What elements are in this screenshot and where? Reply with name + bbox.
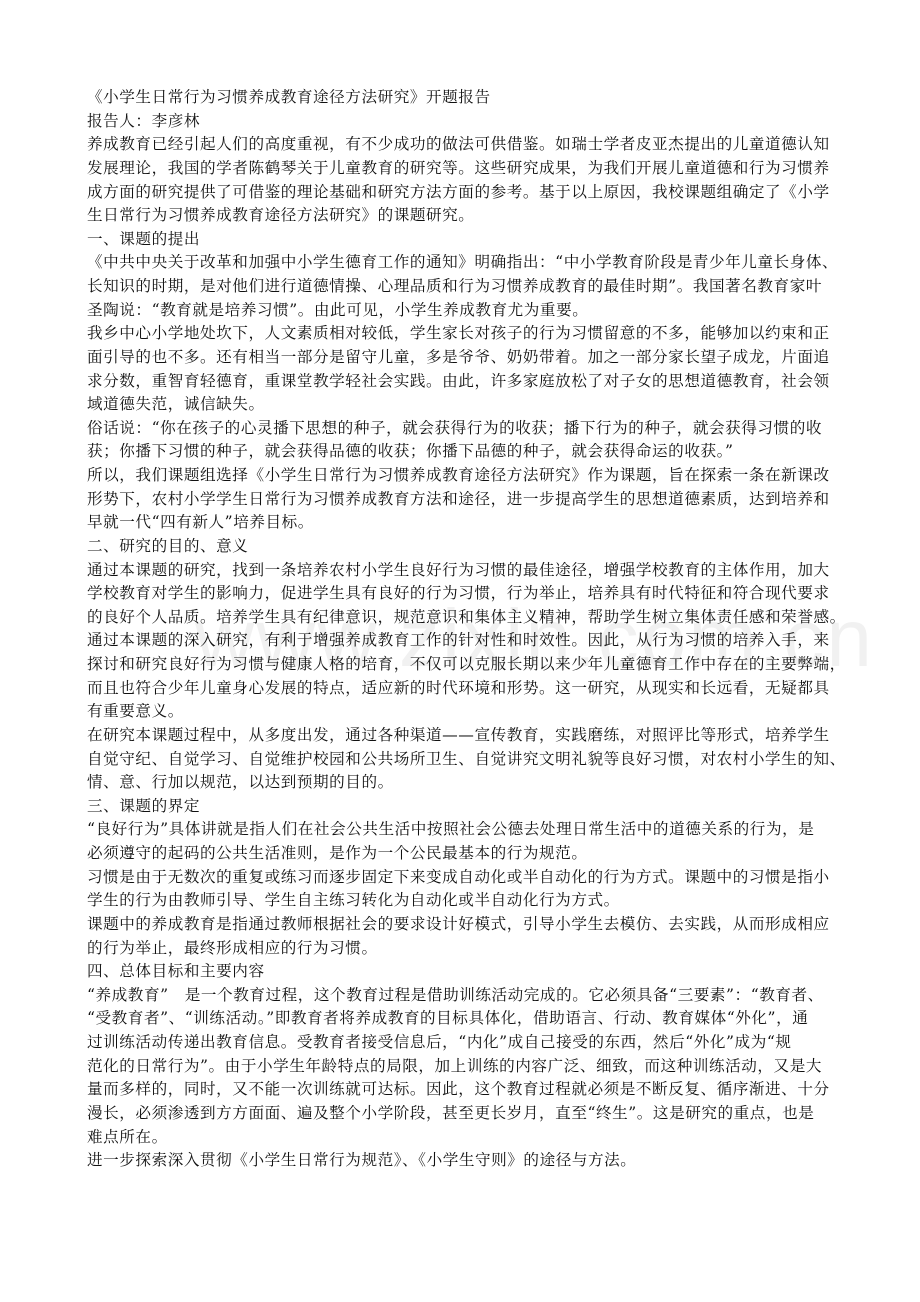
paragraph-line: “养成教育” 是一个教育过程，这个教育过程是借助训练活动完成的。它必须具备“三要… (87, 984, 835, 1008)
paragraph-line: 通过本课题的深入研究，有利于增强养成教育工作的针对性和时效性。因此，从行为习惯的… (87, 629, 835, 653)
document-title: 《小学生日常行为习惯养成教育途径方法研究》开题报告 (87, 86, 835, 110)
paragraph-line: 习惯是由于无数次的重复或练习而逐步固定下来变成自动化或半自动化的行为方式。课题中… (87, 866, 835, 890)
paragraph-line: 养成教育已经引起人们的高度重视，有不少成功的做法可供借鉴。如瑞士学者皮亚杰提出的… (87, 133, 835, 157)
paragraph-line: 《中共中央关于改革和加强中小学生德育工作的通知》明确指出：“中小学教育阶段是青少… (87, 251, 835, 275)
paragraph-line: 域道德失范，诚信缺失。 (87, 393, 835, 417)
paragraph-line: 学校教育对学生的影响力，促进学生具有良好的行为习惯，行为举止，培养具有时代特征和… (87, 582, 835, 606)
paragraph-line: 形势下，农村小学学生日常行为习惯养成教育方法和途径，进一步提高学生的思想道德素质… (87, 488, 835, 512)
paragraph-line: “受教育者”、“训练活动。”即教育者将养成教育的目标具体化，借助语言、行动、教育… (87, 1007, 835, 1031)
paragraph-line: “良好行为”具体讲就是指人们在社会公共生活中按照社会公德去处理日常生活中的道德关… (87, 818, 835, 842)
paragraph-line: 自觉守纪、自觉学习、自觉维护校园和公共场所卫生、自觉讲究文明礼貌等良好习惯，对农… (87, 748, 835, 772)
paragraph-line: 情、意、行加以规范，以达到预期的目的。 (87, 771, 835, 795)
paragraph-line: 漫长，必须渗透到方方面面、遍及整个小学阶段，甚至更长岁月，直至“终生”。这是研究… (87, 1102, 835, 1126)
paragraph-line: 过训练活动传递出教育信息。受教育者接受信息后，“内化”成自己接受的东西，然后“外… (87, 1031, 835, 1055)
paragraph-line: 所以，我们课题组选择《小学生日常行为习惯养成教育途径方法研究》作为课题，旨在探索… (87, 464, 835, 488)
paragraph-line: 长知识的时期，是对他们进行道德情操、心理品质和行为习惯养成教育的最佳时期”。我国… (87, 275, 835, 299)
section-heading: 四、总体目标和主要内容 (87, 960, 835, 984)
paragraph-line: 进一步探索深入贯彻《小学生日常行为规范》、《小学生守则》的途径与方法。 (87, 1149, 835, 1173)
paragraph-line: 量而多样的，同时，又不能一次训练就可达标。因此，这个教育过程就必须是不断反复、循… (87, 1078, 835, 1102)
paragraph-line: 发展理论，我国的学者陈鹤琴关于儿童教育的研究等。这些研究成果，为我们开展儿童道德… (87, 157, 835, 181)
paragraph-line: 范化的日常行为”。由于小学生年龄特点的局限，加上训练的内容广泛、细致，而这种训练… (87, 1055, 835, 1079)
paragraph-line: 难点所在。 (87, 1126, 835, 1150)
document-page: 《小学生日常行为习惯养成教育途径方法研究》开题报告 报告人：李彦林 养成教育已经… (87, 86, 835, 1173)
paragraph-line: 面引导的也不多。还有相当一部分是留守儿童，多是爷爷、奶奶带着。加之一部分家长望子… (87, 346, 835, 370)
paragraph-line: 课题中的养成教育是指通过教师根据社会的要求设计好模式，引导小学生去模仿、去实践，… (87, 913, 835, 937)
paragraph-line: 在研究本课题过程中，从多度出发，通过各种渠道——宣传教育，实践磨练，对照评比等形… (87, 724, 835, 748)
paragraph-line: 生日常行为习惯养成教育途径方法研究》的课题研究。 (87, 204, 835, 228)
paragraph-line: 通过本课题的研究，找到一条培养农村小学生良好行为习惯的最佳途径，增强学校教育的主… (87, 559, 835, 583)
section-heading: 一、课题的提出 (87, 228, 835, 252)
reporter-line: 报告人：李彦林 (87, 110, 835, 134)
section-heading: 三、课题的界定 (87, 795, 835, 819)
paragraph-line: 早就一代“四有新人”培养目标。 (87, 511, 835, 535)
paragraph-line: 有重要意义。 (87, 700, 835, 724)
section-heading: 二、研究的目的、意义 (87, 535, 835, 559)
paragraph-line: 必须遵守的起码的公共生活准则，是作为一个公民最基本的行为规范。 (87, 842, 835, 866)
paragraph-line: 我乡中心小学地处坎下，人文素质相对较低，学生家长对孩子的行为习惯留意的不多，能够… (87, 322, 835, 346)
paragraph-line: 圣陶说：“教育就是培养习惯”。由此可见，小学生养成教育尤为重要。 (87, 299, 835, 323)
paragraph-line: 获；你播下习惯的种子，就会获得品德的收获；你播下品德的种子，就会获得命运的收获。… (87, 440, 835, 464)
paragraph-line: 成方面的研究提供了可借鉴的理论基础和研究方法方面的参考。基于以上原因，我校课题组… (87, 181, 835, 205)
paragraph-line: 而且也符合少年儿童身心发展的特点，适应新的时代环境和形势。这一研究，从现实和长远… (87, 677, 835, 701)
paragraph-line: 的良好个人品质。培养学生具有纪律意识，规范意识和集体主义精神，帮助学生树立集体责… (87, 606, 835, 630)
paragraph-line: 探讨和研究良好行为习惯与健康人格的培育，不仅可以克服长期以来少年儿童德育工作中存… (87, 653, 835, 677)
paragraph-line: 求分数，重智育轻德育，重课堂教学轻社会实践。由此，许多家庭放松了对子女的思想道德… (87, 370, 835, 394)
paragraph-line: 学生的行为由教师引导、学生自主练习转化为自动化或半自动化行为方式。 (87, 889, 835, 913)
paragraph-line: 的行为举止，最终形成相应的行为习惯。 (87, 937, 835, 961)
paragraph-line: 俗话说：“你在孩子的心灵播下思想的种子，就会获得行为的收获；播下行为的种子，就会… (87, 417, 835, 441)
